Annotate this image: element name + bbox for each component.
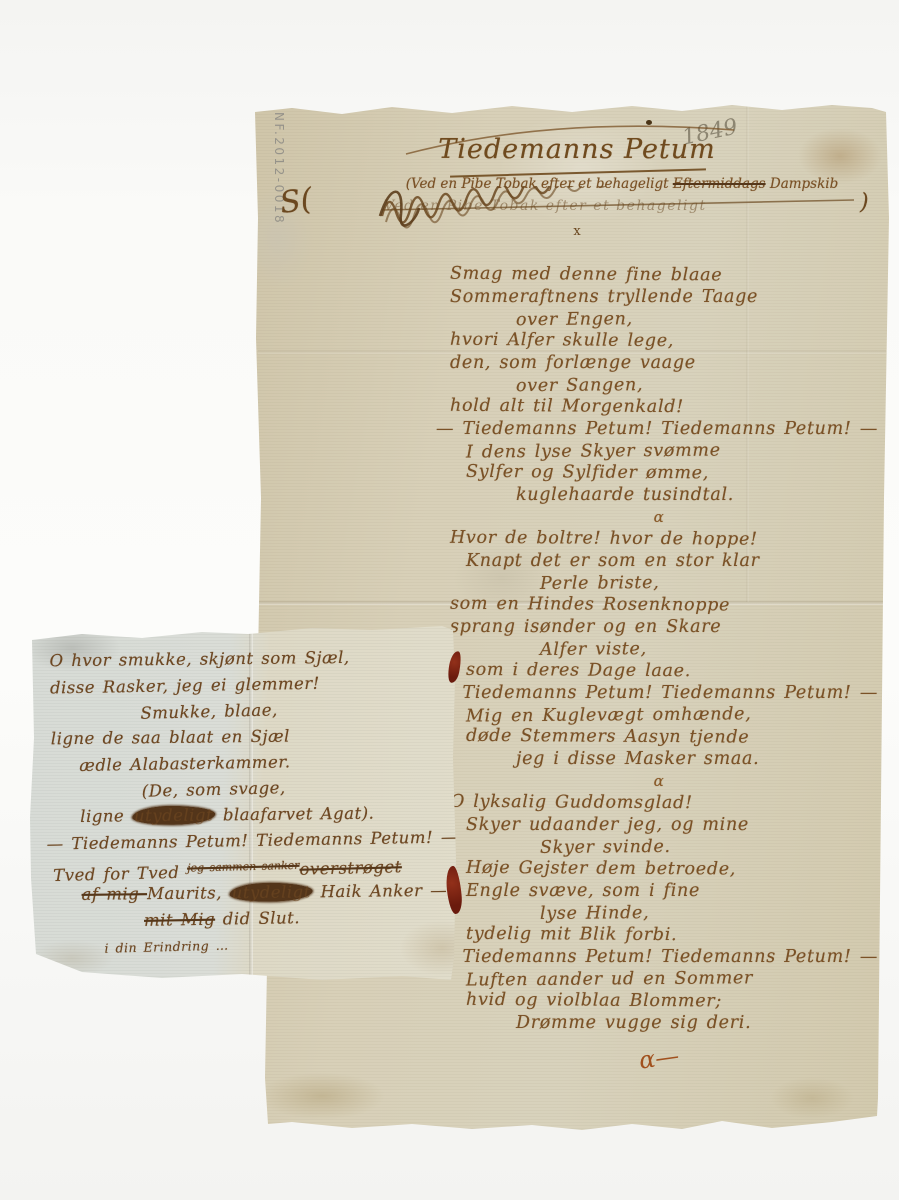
poem-line: over Engen, — [436, 306, 882, 332]
note-line: ligne utydeligt blaafarvet Agat). — [46, 800, 456, 831]
photo-stage: NF.2012-0018 1849 Tiedemanns Petum (Ved … — [0, 0, 899, 1200]
poem-line: tydelig mit Blik forbi. — [436, 923, 882, 948]
note-line: af mig Maurits, utydeligt Haik Anker — — [47, 878, 457, 909]
note-sheet: O hvor smukke, skjønt som Sjæl,disse Ras… — [22, 618, 458, 986]
poem-line: hvid og violblaa Blommer; — [436, 989, 882, 1014]
poem-line: Smag med denne fine blaae — [436, 263, 882, 288]
poem-line: O lyksalig Guddomsglad! — [436, 791, 882, 816]
poem-line: som en Hindes Rosenknoppe — [436, 593, 882, 618]
poem-line: hvori Alfer skulle lege, — [436, 329, 882, 354]
closing-paren: ) — [860, 190, 869, 215]
poem-line: Luften aander ud en Sommer — [436, 966, 882, 992]
poem-line: sprang isønder og en Skare — [436, 616, 882, 638]
note-line: O hvor smukke, skjønt som Sjæl, — [43, 644, 453, 675]
poem-line: jeg i disse Masker smaa. — [436, 748, 882, 770]
poem-line: kuglehaarde tusindtal. — [436, 484, 882, 506]
poem-line: — Tiedemanns Petum! Tiedemanns Petum! — — [436, 946, 882, 968]
poem-line: Sommeraftnens tryllende Taage — [436, 286, 882, 308]
note-poem-body: O hvor smukke, skjønt som Sjæl,disse Ras… — [43, 642, 458, 961]
poem-line: — Tiedemanns Petum! Tiedemanns Petum! — — [436, 418, 882, 440]
poem-line: Perle briste, — [436, 570, 882, 596]
main-manuscript-sheet: NF.2012-0018 1849 Tiedemanns Petum (Ved … — [252, 98, 892, 1138]
poem-line: døde Stemmers Aasyn tjende — [436, 725, 882, 750]
poem-line: Skyer udaander jeg, og mine — [436, 814, 882, 836]
poem-line: Sylfer og Sylfider ømme, — [436, 461, 882, 486]
poem-line: over Sangen, — [436, 372, 882, 398]
poem-line: Knapt det er som en stor klar — [436, 550, 882, 572]
section-mark-x: x — [422, 224, 732, 239]
poem-line: den, som forlænge vaage — [436, 352, 882, 374]
stanza-separator: α — [436, 770, 882, 792]
poem-line: hold alt til Morgenkald! — [436, 395, 882, 420]
poem-body: Smag med denne fine blaaeSommeraftnens t… — [436, 264, 882, 1034]
poem-line: Engle svæve, som i fine — [436, 880, 882, 902]
poem-line: som i deres Dage laae. — [436, 659, 882, 684]
note-line: ligne de saa blaat en Sjæl — [45, 722, 455, 753]
poem-line: Hvor de boltre! hvor de hoppe! — [436, 527, 882, 552]
poem-line: Alfer viste, — [436, 636, 882, 662]
stanza-separator: α — [436, 506, 882, 528]
poem-line: I dens lyse Skyer svømme — [436, 438, 882, 464]
poem-line: — Tiedemanns Petum! Tiedemanns Petum! — — [436, 682, 882, 704]
poem-line: lyse Hinde, — [436, 900, 882, 926]
poem-line: Skyer svinde. — [436, 834, 882, 860]
poem-line: Høje Gejster dem betroede, — [436, 857, 882, 882]
opening-flourish: S( — [278, 182, 315, 221]
poem-line: Mig en Kuglevægt omhænde, — [436, 702, 882, 728]
page-title: Tiedemanns Petum — [422, 134, 732, 165]
